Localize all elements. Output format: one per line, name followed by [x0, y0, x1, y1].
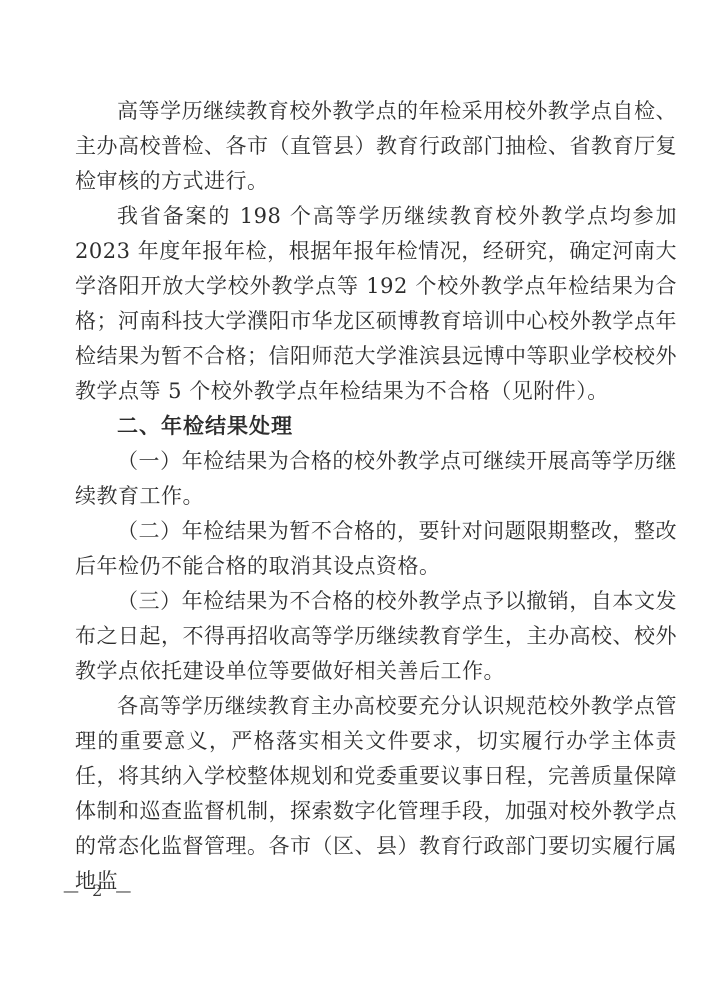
page-number: — 2 — [63, 878, 132, 904]
paragraph-item-2-temporarily-unqualified: （二）年检结果为暂不合格的，要针对问题限期整改，整改后年检仍不能合格的取消其设点… [75, 514, 677, 584]
paragraph-check-results: 我省备案的 198 个高等学历继续教育校外教学点均参加 2023 年度年报年检，… [75, 199, 677, 409]
document-page: 高等学历继续教育校外教学点的年检采用校外教学点自检、主办高校普检、各市（直管县）… [0, 0, 706, 1002]
document-body: 高等学历继续教育校外教学点的年检采用校外教学点自检、主办高校普检、各市（直管县）… [75, 94, 677, 899]
paragraph-item-3-unqualified: （三）年检结果为不合格的校外教学点予以撤销，自本文发布之日起，不得再招收高等学历… [75, 584, 677, 689]
paragraph-annual-check-method: 高等学历继续教育校外教学点的年检采用校外教学点自检、主办高校普检、各市（直管县）… [75, 94, 677, 199]
section-heading-result-handling: 二、年检结果处理 [75, 409, 677, 444]
paragraph-management-requirements: 各高等学历继续教育主办高校要充分认识规范校外教学点管理的重要意义，严格落实相关文… [75, 689, 677, 899]
paragraph-item-1-qualified: （一）年检结果为合格的校外教学点可继续开展高等学历继续教育工作。 [75, 444, 677, 514]
